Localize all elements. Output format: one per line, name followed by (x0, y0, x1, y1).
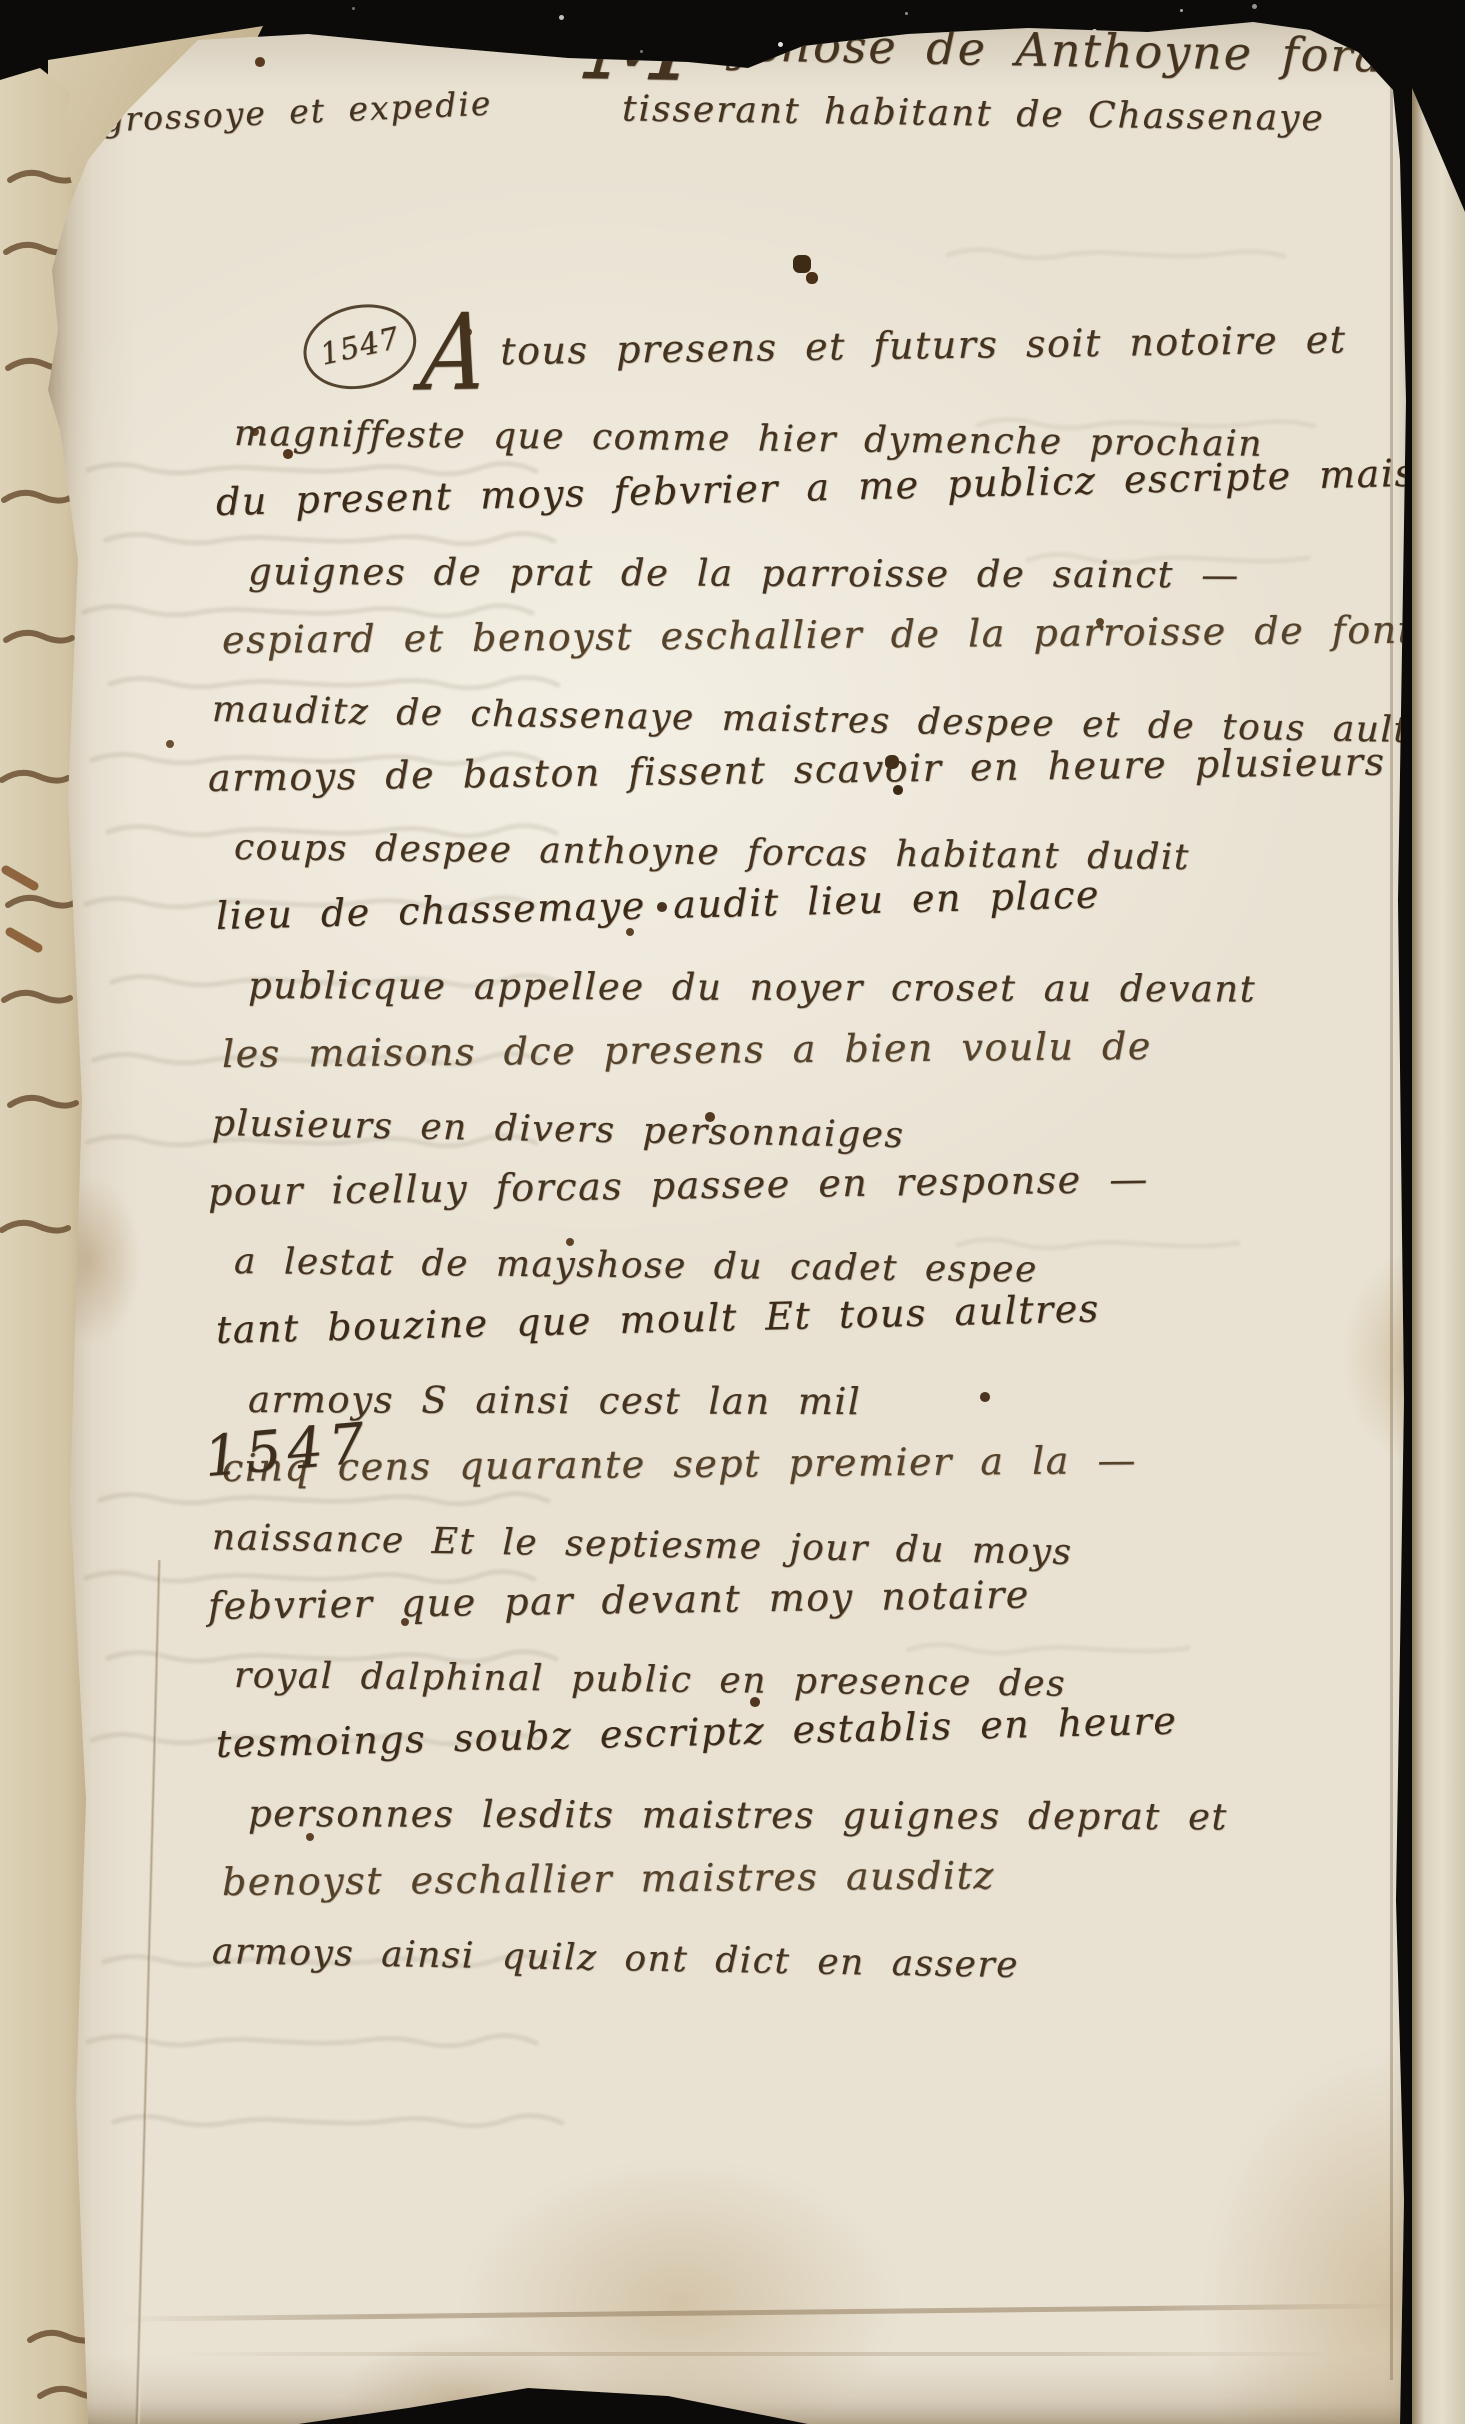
manuscript-line: 1547Atous presens et futurs soit notoire… (302, 300, 1428, 399)
manuscript-line-text: guignes de prat de la parroisse de sainc… (248, 550, 1240, 596)
title-line-1: Mayshose de Anthoyne forat (588, 15, 1419, 83)
manuscript-line: cinq cens quarante sept premier a la — (222, 1423, 1429, 1503)
manuscript-line-text: armoys ainsi quilz ont dict en assere (212, 1931, 1020, 1986)
manuscript-line-text: publicque appellee du noyer croset au de… (248, 964, 1256, 1011)
manuscript-line-text: febvrier que par devant moy notaire (208, 1573, 1030, 1628)
body-text: 1547Atous presens et futurs soit notoire… (208, 316, 1428, 1986)
manuscript-line-text: plusieurs en divers personnaiges (212, 1103, 905, 1156)
manuscript-line-text: pour icelluy forcas passee en response — (208, 1157, 1149, 1214)
manuscript-page: grossoye et expedie Mayshose de Anthoyne… (48, 0, 1422, 2424)
ink-specks (48, 0, 52, 4)
manuscript-line-text: armoys de baston fissent scavoir en heur… (208, 740, 1386, 800)
dust-specks (0, 0, 3, 3)
manuscript-line-text: benoyst eschallier maistres ausditz (222, 1853, 995, 1904)
right-page-edge (1412, 0, 1465, 2424)
fold-crease-right (1390, 60, 1393, 2380)
manuscript-line: espiard et benoyst eschallier de la parr… (222, 595, 1429, 675)
manuscript-line-text: tant bouzine que moult Et tous aultres (215, 1286, 1100, 1352)
title-line-1-text: ayshose de Anthoyne forat (698, 17, 1405, 83)
fold-crease-bottom-2 (168, 2352, 1348, 2356)
document-title: Mayshose de Anthoyne forat tisserant hab… (588, 22, 1418, 135)
title-line-2: tisserant habitant de Chassenaye (622, 88, 1418, 140)
decorated-initial: A (421, 334, 490, 371)
manuscript-line-text: tous presens et futurs soit notoire et (500, 317, 1347, 373)
manuscript-line-text: tesmoings soubz escriptz establis en heu… (215, 1699, 1177, 1766)
manuscript-line: benoyst eschallier maistres ausditz (222, 1837, 1429, 1917)
manuscript-line: les maisons dce presens a bien voulu de (222, 1009, 1429, 1089)
photograph-background: grossoye et expedie Mayshose de Anthoyne… (0, 0, 1465, 2424)
manuscript-line-text: personnes lesdits maistres guignes depra… (248, 1792, 1228, 1838)
title-initial: M (586, 12, 700, 61)
manuscript-line-text: lieu de chassemaye audit lieu en place (215, 872, 1100, 938)
manuscript-line-text: espiard et benoyst eschallier de la parr… (222, 607, 1465, 662)
manuscript-line-text: les maisons dce presens a bien voulu de (222, 1024, 1152, 1076)
